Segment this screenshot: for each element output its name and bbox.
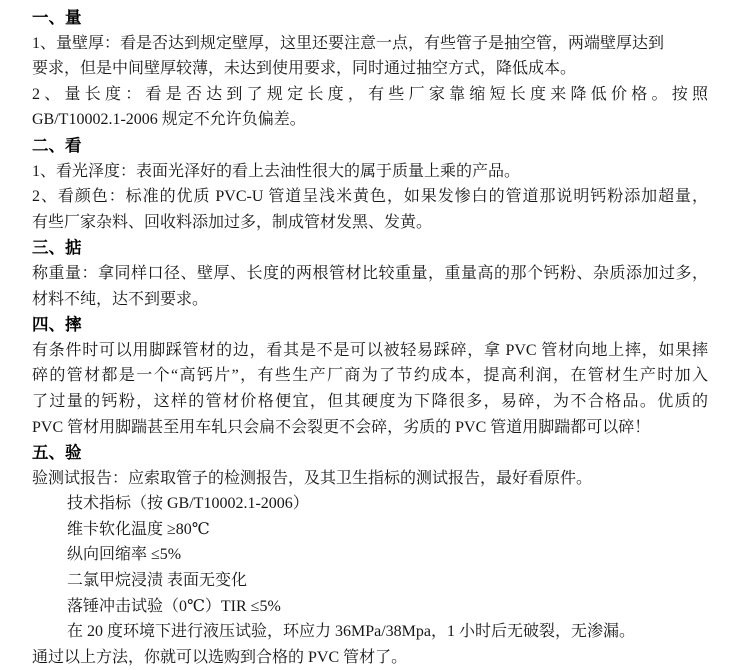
text-line: 2、量长度：看是否达到了规定长度，有些厂家靠缩短长度来降低价格。按照 xyxy=(32,82,708,108)
text-line: 2、看颜色：标准的优质 PVC-U 管道呈浅米黄色，如果发惨白的管道那说明钙粉添… xyxy=(32,184,708,210)
text-line: 材料不纯，达不到要求。 xyxy=(32,287,708,313)
text-line: 有条件时可以用脚踩管材的边，看其是不是可以被轻易踩碎，拿 PVC 管材向地上摔，… xyxy=(32,338,708,364)
section-heading: 一、量 xyxy=(32,5,708,31)
text-line: 碎的管材都是一个“高钙片”，有些生产厂商为了节约成本，提高利润，在管材生产时加入 xyxy=(32,363,708,389)
text-line: 1、量壁厚：看是否达到规定壁厚，这里还要注意一点，有些管子是抽空管，两端壁厚达到 xyxy=(32,31,708,57)
text-line: 有些厂家杂料、回收料添加过多，制成管材发黑、发黄。 xyxy=(32,210,708,236)
text-line: GB/T10002.1-2006 规定不允许负偏差。 xyxy=(32,107,708,133)
text-line: 维卡软化温度 ≥80℃ xyxy=(32,517,708,543)
text-line: 1、看光泽度：表面光泽好的看上去油性很大的属于质量上乘的产品。 xyxy=(32,159,708,185)
section-heading: 二、看 xyxy=(32,133,708,159)
text-line: 纵向回缩率 ≤5% xyxy=(32,542,708,568)
text-line: 落锤冲击试验（0℃）TIR ≤5% xyxy=(32,594,708,620)
text-line: 称重量：拿同样口径、壁厚、长度的两根管材比较重量，重量高的那个钙粉、杂质添加过多… xyxy=(32,261,708,287)
text-line: 了过量的钙粉，这样的管材价格便宜，但其硬度为下降很多，易碎，为不合格品。优质的 xyxy=(32,389,708,415)
text-line: 技术指标（按 GB/T10002.1-2006） xyxy=(32,491,708,517)
text-line: 通过以上方法，你就可以选购到合格的 PVC 管材了。 xyxy=(32,645,708,670)
section-heading: 四、摔 xyxy=(32,312,708,338)
text-line: 要求，但是中间壁厚较薄，未达到使用要求，同时通过抽空方式，降低成本。 xyxy=(32,56,708,82)
section-heading: 五、验 xyxy=(32,440,708,466)
text-line: PVC 管材用脚踹甚至用车轧只会扁不会裂更不会碎，劣质的 PVC 管道用脚踹都可… xyxy=(32,415,708,441)
text-line: 在 20 度环境下进行液压试验，环应力 36MPa/38Mpa，1 小时后无破裂… xyxy=(32,619,708,645)
document-page: 一、量1、量壁厚：看是否达到规定壁厚，这里还要注意一点，有些管子是抽空管，两端壁… xyxy=(0,0,743,670)
section-heading: 三、掂 xyxy=(32,235,708,261)
text-line: 二氯甲烷浸渍 表面无变化 xyxy=(32,568,708,594)
text-line: 验测试报告：应索取管子的检测报告，及其卫生指标的测试报告，最好看原件。 xyxy=(32,466,708,492)
document-body: 一、量1、量壁厚：看是否达到规定壁厚，这里还要注意一点，有些管子是抽空管，两端壁… xyxy=(32,5,743,670)
